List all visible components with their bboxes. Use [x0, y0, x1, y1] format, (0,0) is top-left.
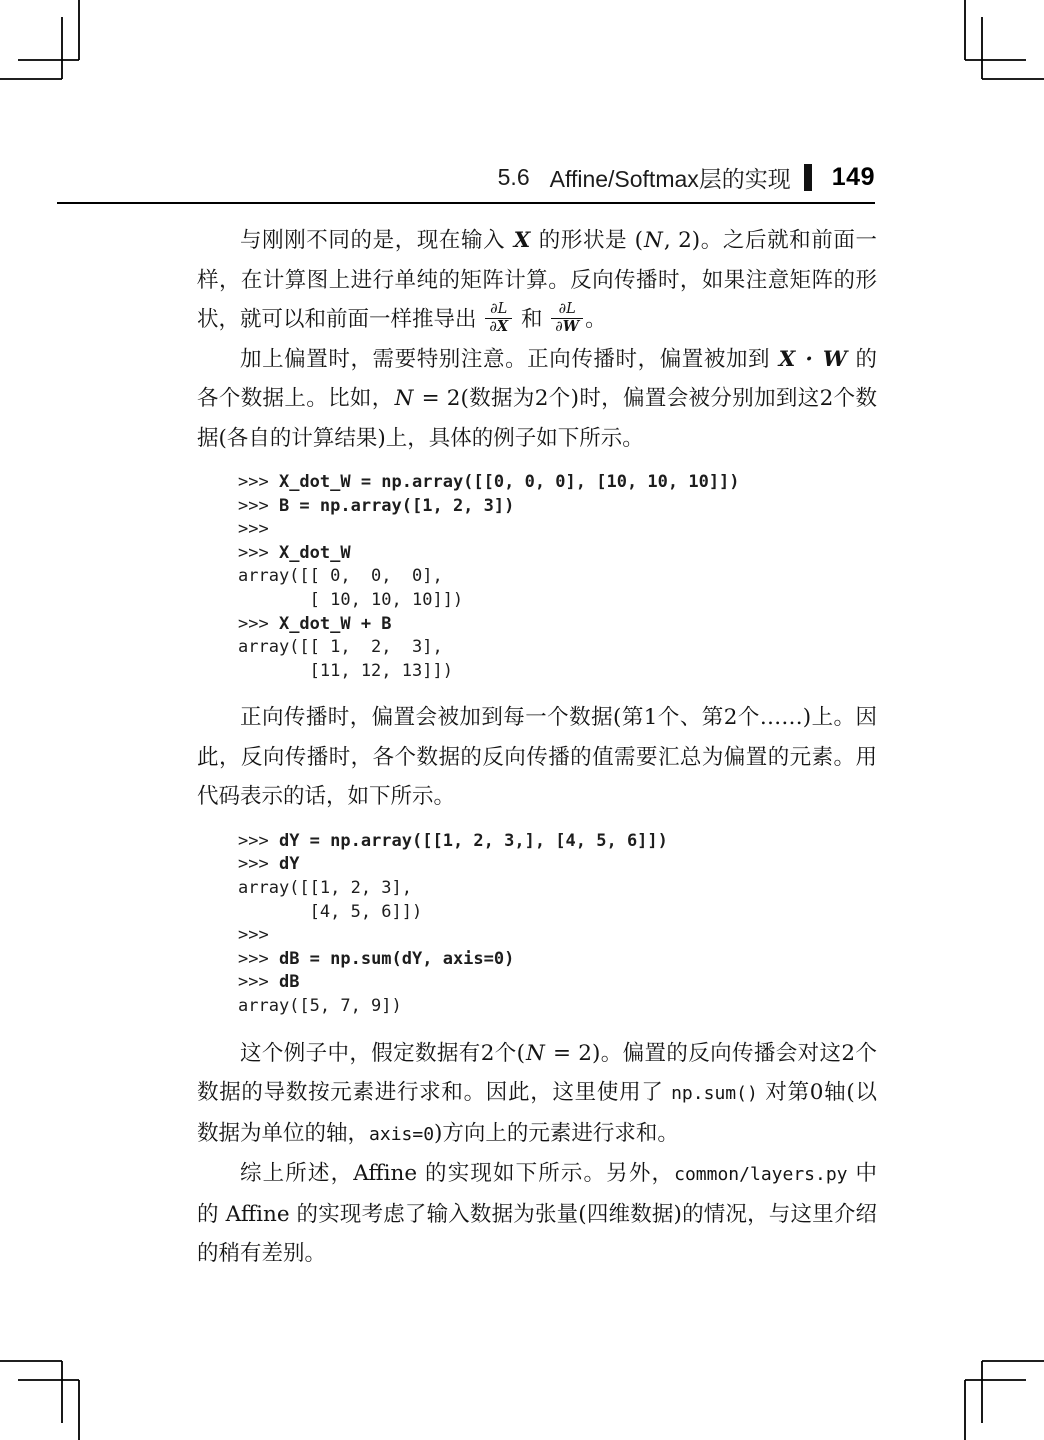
- code-line: array([5, 7, 9]): [238, 995, 877, 1019]
- paragraph-1: 与刚刚不同的是，现在输入 X 的形状是 (N, 2)。之后就和前面一样，在计算图…: [197, 221, 877, 340]
- code-line: array([[ 1, 2, 3],: [238, 636, 877, 660]
- code-line: >>> dY: [238, 853, 877, 877]
- inline-code-np-sum: np.sum(): [671, 1083, 758, 1104]
- prompt: >>>: [238, 496, 279, 516]
- code-block-2: >>> dY = np.array([[1, 2, 3,], [4, 5, 6]…: [238, 830, 877, 1019]
- text-run: )方向上的元素进行求和。: [434, 1121, 679, 1146]
- var-W: W: [822, 347, 848, 372]
- fraction-denominator: ∂X: [485, 318, 512, 336]
- code-output: array([[ 1, 2, 3],: [238, 637, 443, 657]
- fraction-denominator: ∂W: [551, 318, 583, 336]
- fraction-numerator: ∂L: [551, 301, 583, 318]
- code-line: [4, 5, 6]]): [238, 901, 877, 925]
- code-line: >>> dY = np.array([[1, 2, 3,], [4, 5, 6]…: [238, 830, 877, 854]
- var-N: N: [394, 386, 415, 411]
- paragraph-5: 综上所述，Affine 的实现如下所示。另外，common/layers.py …: [197, 1154, 877, 1274]
- code-line: >>> X_dot_W: [238, 542, 877, 566]
- prompt: >>>: [238, 925, 269, 945]
- code-input: X_dot_W = np.array([[0, 0, 0], [10, 10, …: [279, 472, 740, 492]
- code-line: array([[1, 2, 3],: [238, 877, 877, 901]
- text-run: 与刚刚不同的是，现在输入: [240, 228, 513, 253]
- prompt: >>>: [238, 614, 279, 634]
- partial-symbol: ∂: [555, 319, 563, 335]
- paragraph-4: 这个例子中，假定数据有2个(N = 2)。偏置的反向传播会对这2个数据的导数按元…: [197, 1034, 877, 1155]
- crop-mark-top-left: [0, 0, 79, 79]
- prompt: >>>: [238, 831, 279, 851]
- prompt: >>>: [238, 543, 279, 563]
- var-X: X: [513, 228, 532, 253]
- var-X: X: [778, 347, 797, 372]
- prompt: >>>: [238, 519, 269, 539]
- text-run: 正向传播时，偏置会被加到每一个数据(第1个、第2个……)上。因此，反向传播时，各…: [197, 705, 877, 809]
- code-line: >>> X_dot_W = np.array([[0, 0, 0], [10, …: [238, 471, 877, 495]
- code-line: [11, 12, 13]]): [238, 660, 877, 684]
- prompt: >>>: [238, 949, 279, 969]
- inline-code-layers-path: common/layers.py: [674, 1164, 847, 1185]
- crop-mark-bottom-right: [965, 1361, 1044, 1440]
- page-number: 149: [832, 163, 875, 192]
- var-X: X: [497, 318, 508, 335]
- fraction-dL-dW: ∂L∂W: [551, 301, 583, 335]
- paragraph-2: 加上偏置时，需要特别注意。正向传播时，偏置被加到 X · W 的各个数据上。比如…: [197, 340, 877, 459]
- text-run: 加上偏置时，需要特别注意。正向传播时，偏置被加到: [240, 347, 778, 372]
- code-line: >>> X_dot_W + B: [238, 613, 877, 637]
- fraction-dL-dX: ∂L∂X: [485, 301, 512, 335]
- crop-mark-bottom-left: [0, 1361, 79, 1440]
- text-run: 这个例子中，假定数据有2个(: [240, 1041, 525, 1066]
- code-output: array([[1, 2, 3],: [238, 878, 412, 898]
- var-N: N: [643, 228, 664, 253]
- code-output: [4, 5, 6]]): [238, 902, 422, 922]
- prompt: >>>: [238, 472, 279, 492]
- text-run: 的形状是 (: [531, 228, 643, 253]
- code-output: array([5, 7, 9]): [238, 996, 402, 1016]
- prompt: >>>: [238, 972, 279, 992]
- text-run: 。: [585, 307, 607, 332]
- text-run: 综上所述，Affine 的实现如下所示。另外，: [240, 1161, 674, 1186]
- code-input: dY = np.array([[1, 2, 3,], [4, 5, 6]]): [279, 831, 668, 851]
- code-block-1: >>> X_dot_W = np.array([[0, 0, 0], [10, …: [238, 471, 877, 683]
- code-line: >>>: [238, 924, 877, 948]
- text-run: 和: [514, 307, 549, 332]
- code-input: dY: [279, 854, 299, 874]
- book-page: 5.6 Affine/Softmax层的实现 149 与刚刚不同的是，现在输入 …: [0, 0, 1044, 1440]
- var-N: N: [525, 1041, 546, 1066]
- section-number: 5.6: [498, 164, 530, 191]
- dot-operator: ·: [796, 347, 822, 372]
- crop-mark-top-right: [965, 0, 1044, 79]
- code-line: >>> dB = np.sum(dY, axis=0): [238, 948, 877, 972]
- prompt: >>>: [238, 854, 279, 874]
- code-line: array([[ 0, 0, 0],: [238, 565, 877, 589]
- code-line: >>> B = np.array([1, 2, 3]): [238, 495, 877, 519]
- code-output: [ 10, 10, 10]]): [238, 590, 463, 610]
- code-input: X_dot_W: [279, 543, 351, 563]
- header-divider-bar: [804, 164, 812, 191]
- code-line: >>> dB: [238, 971, 877, 995]
- section-title: Affine/Softmax层的实现: [550, 161, 791, 194]
- inline-code-axis0: axis=0: [369, 1124, 434, 1145]
- code-input: B = np.array([1, 2, 3]): [279, 496, 514, 516]
- code-output: [11, 12, 13]]): [238, 661, 453, 681]
- var-W: W: [563, 318, 579, 335]
- code-line: >>>: [238, 518, 877, 542]
- code-input: dB: [279, 972, 299, 992]
- page-header: 5.6 Affine/Softmax层的实现 149: [57, 161, 875, 204]
- code-input: X_dot_W + B: [279, 614, 392, 634]
- paragraph-3: 正向传播时，偏置会被加到每一个数据(第1个、第2个……)上。因此，反向传播时，各…: [197, 698, 877, 817]
- partial-symbol: ∂: [489, 319, 497, 335]
- code-line: [ 10, 10, 10]]): [238, 589, 877, 613]
- page-content: 与刚刚不同的是，现在输入 X 的形状是 (N, 2)。之后就和前面一样，在计算图…: [197, 221, 877, 1274]
- fraction-numerator: ∂L: [485, 301, 512, 318]
- code-output: array([[ 0, 0, 0],: [238, 566, 443, 586]
- code-input: dB = np.sum(dY, axis=0): [279, 949, 514, 969]
